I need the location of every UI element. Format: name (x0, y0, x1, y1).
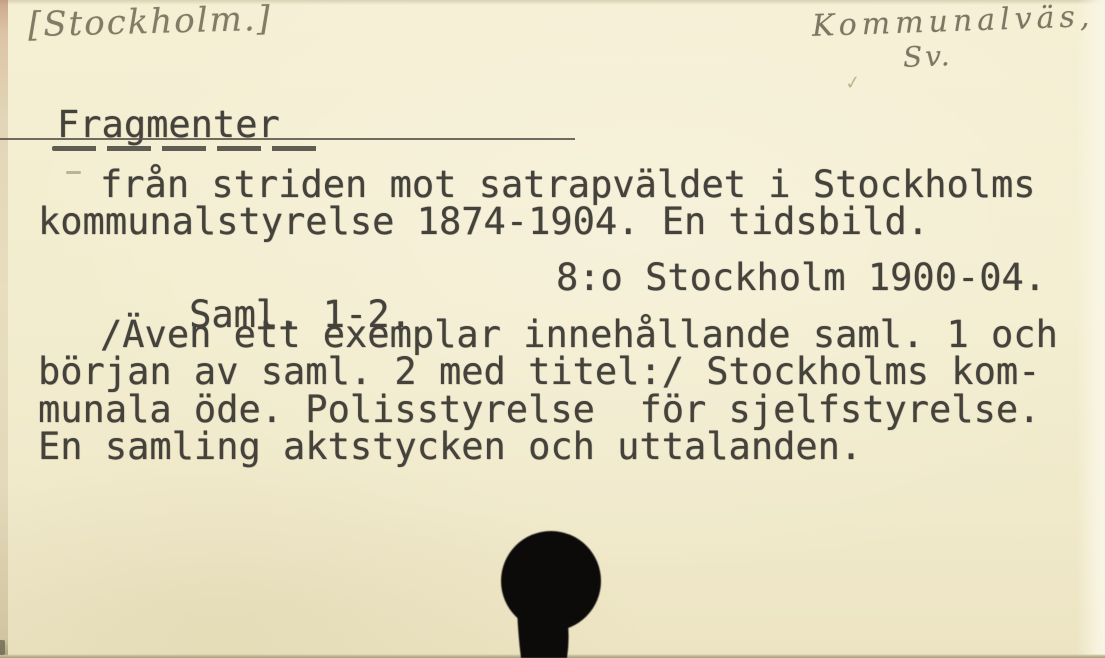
subtitle-line-2: kommunalstyrelse 1874-1904. En tidsbild. (38, 203, 929, 240)
title-dash-underline (52, 146, 320, 151)
imprint-statement: 8:o Stockholm 1900-04. (556, 259, 1046, 296)
left-edge-shadow (0, 0, 8, 658)
handwritten-location-note: [Stockholm.] (28, 0, 273, 45)
note-line-3: munala öde. Polisstyrelse för sjelfstyre… (38, 391, 1040, 428)
catalog-card: [Stockholm.] Kommunalväs, Sv. ✓ Fragment… (0, 0, 1105, 658)
handwritten-subject-heading-line2: Sv. (902, 39, 953, 74)
pen-dash-mark (66, 171, 81, 174)
note-line-2: början av saml. 2 med titel:/ Stockholms… (38, 353, 1040, 390)
handwritten-subject-heading: Kommunalväs, (811, 0, 1095, 44)
title-underline (0, 138, 575, 140)
bottom-left-corner-mark (0, 640, 5, 655)
note-line-4: En samling aktstycken och uttalanden. (38, 428, 862, 465)
subtitle-line-1: från striden mot satrapväldet i Stockhol… (100, 166, 1036, 203)
pen-tick-mark: ✓ (844, 71, 863, 95)
punch-hole (470, 520, 650, 658)
right-edge-highlight (1077, 0, 1105, 658)
note-line-1: /Även ett exemplar innehållande saml. 1 … (100, 316, 1058, 353)
